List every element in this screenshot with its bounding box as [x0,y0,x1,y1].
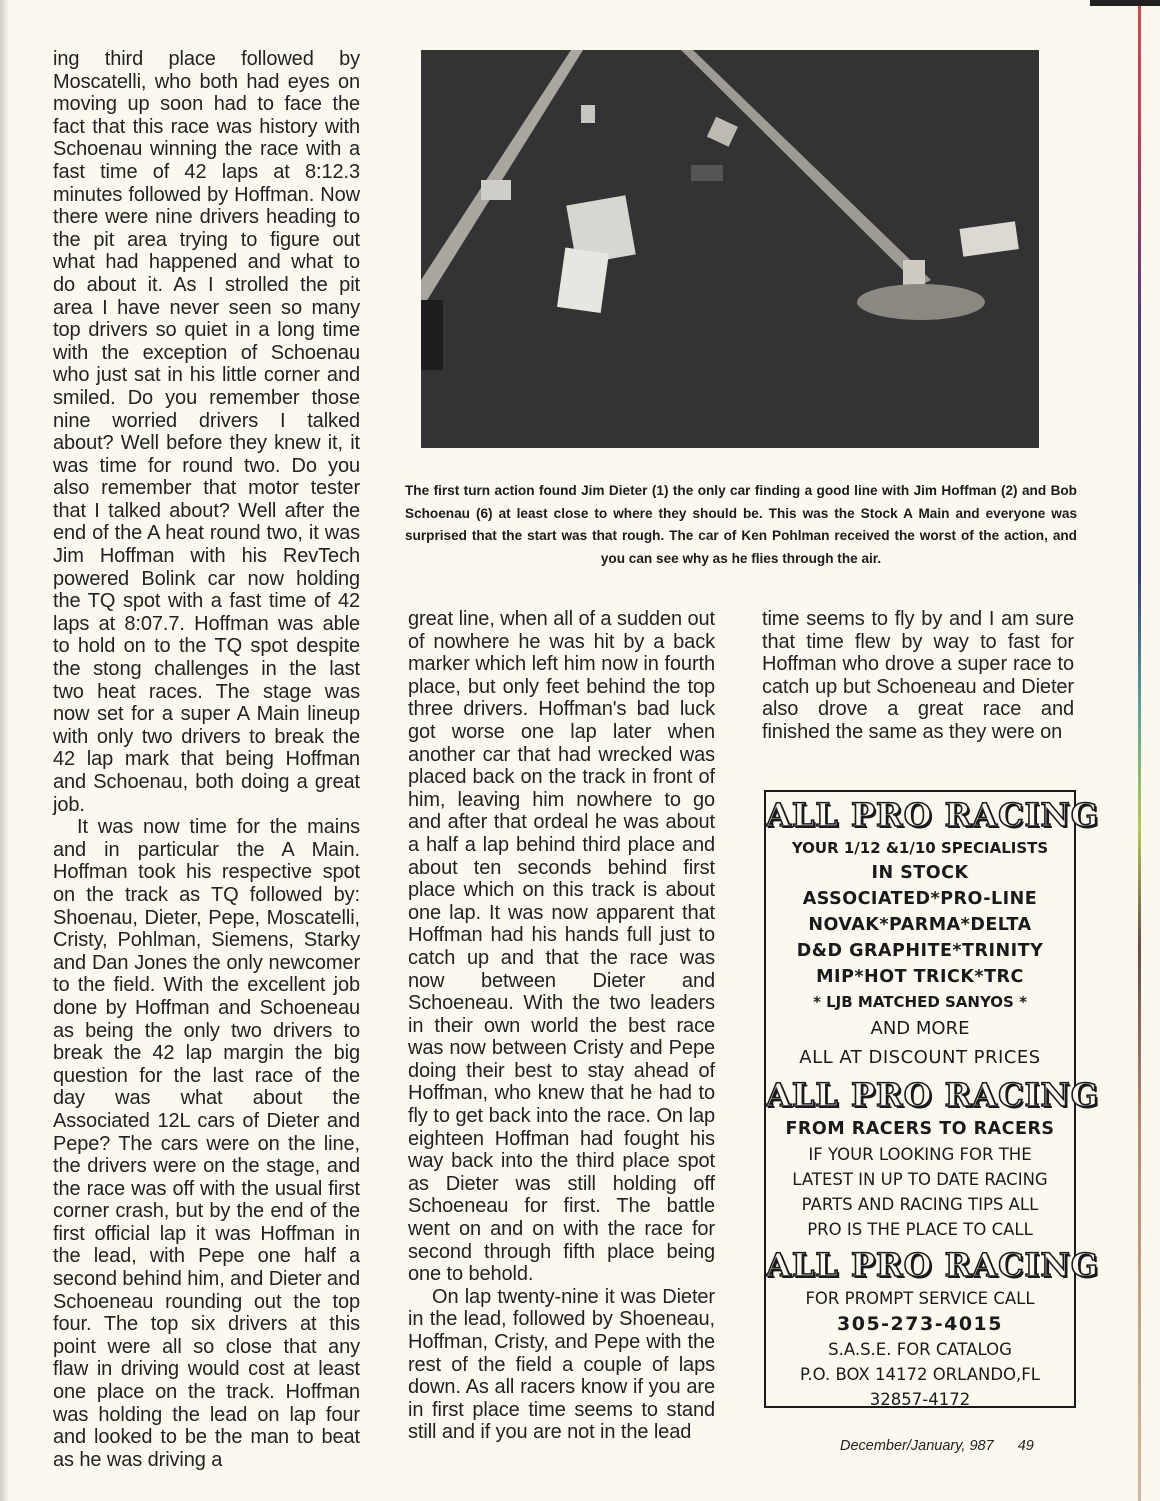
race-track-image [421,50,1039,448]
article-column-1: ing third place followed by Moscatelli, … [53,48,360,1471]
ad-brand-logo: ALL PRO RACING [766,796,1074,834]
ad-brand-list-item: ASSOCIATED*PRO-LINE [766,886,1074,912]
article-paragraph: ing third place followed by Moscatelli, … [53,48,360,816]
ad-brand-list-item: NOVAK*PARMA*DELTA [766,912,1074,938]
article-column-2: great line, when all of a sudden out of … [408,608,715,1444]
ad-phone-number: 305-273-4015 [766,1311,1074,1337]
page-number: 49 [1018,1438,1034,1454]
article-paragraph: time seems to fly by and I am sure that … [762,608,1074,744]
ad-brand-list-item: D&D GRAPHITE*TRINITY [766,938,1074,964]
print-color-strip [1138,6,1141,1501]
issue-date: December/January, 987 [840,1438,994,1454]
ad-and-more: AND MORE [766,1014,1074,1044]
ad-service: FOR PROMPT SERVICE CALL [766,1286,1074,1311]
page-edge-shadow [1090,0,1160,6]
article-paragraph: It was now time for the mains and in par… [53,816,360,1471]
photo-caption: The first turn action found Jim Dieter (… [405,480,1077,570]
page-footer: December/January, 98749 [840,1438,1034,1454]
ad-pitch-line: LATEST IN UP TO DATE RACING [766,1167,1074,1192]
ad-brand-logo: ALL PRO RACING [766,1076,1074,1114]
article-column-3: time seems to fly by and I am sure that … [762,608,1074,744]
ad-tagline: YOUR 1/12 &1/10 SPECIALISTS [766,836,1074,860]
article-paragraph: great line, when all of a sudden out of … [408,608,715,1286]
ad-address: P.O. BOX 14172 ORLANDO,FL [766,1362,1074,1387]
ad-slogan: FROM RACERS TO RACERS [766,1116,1074,1142]
all-pro-racing-ad: ALL PRO RACING YOUR 1/12 &1/10 SPECIALIS… [764,790,1076,1408]
race-photo [421,50,1039,448]
ad-pitch-line: PRO IS THE PLACE TO CALL [766,1217,1074,1242]
ad-catalog: S.A.S.E. FOR CATALOG [766,1337,1074,1362]
ad-zip: 32857-4172 [766,1387,1074,1412]
ad-pitch-line: PARTS AND RACING TIPS ALL [766,1192,1074,1217]
ad-brand-list-item: * LJB MATCHED SANYOS * [766,990,1074,1014]
ad-brand-list-item: MIP*HOT TRICK*TRC [766,964,1074,990]
ad-discount: ALL AT DISCOUNT PRICES [766,1044,1074,1072]
article-paragraph: On lap twenty-nine it was Dieter in the … [408,1286,715,1444]
ad-in-stock: IN STOCK [766,860,1074,886]
ad-pitch-line: IF YOUR LOOKING FOR THE [766,1142,1074,1167]
ad-brand-logo: ALL PRO RACING [766,1246,1074,1284]
page-gutter [0,0,8,1501]
